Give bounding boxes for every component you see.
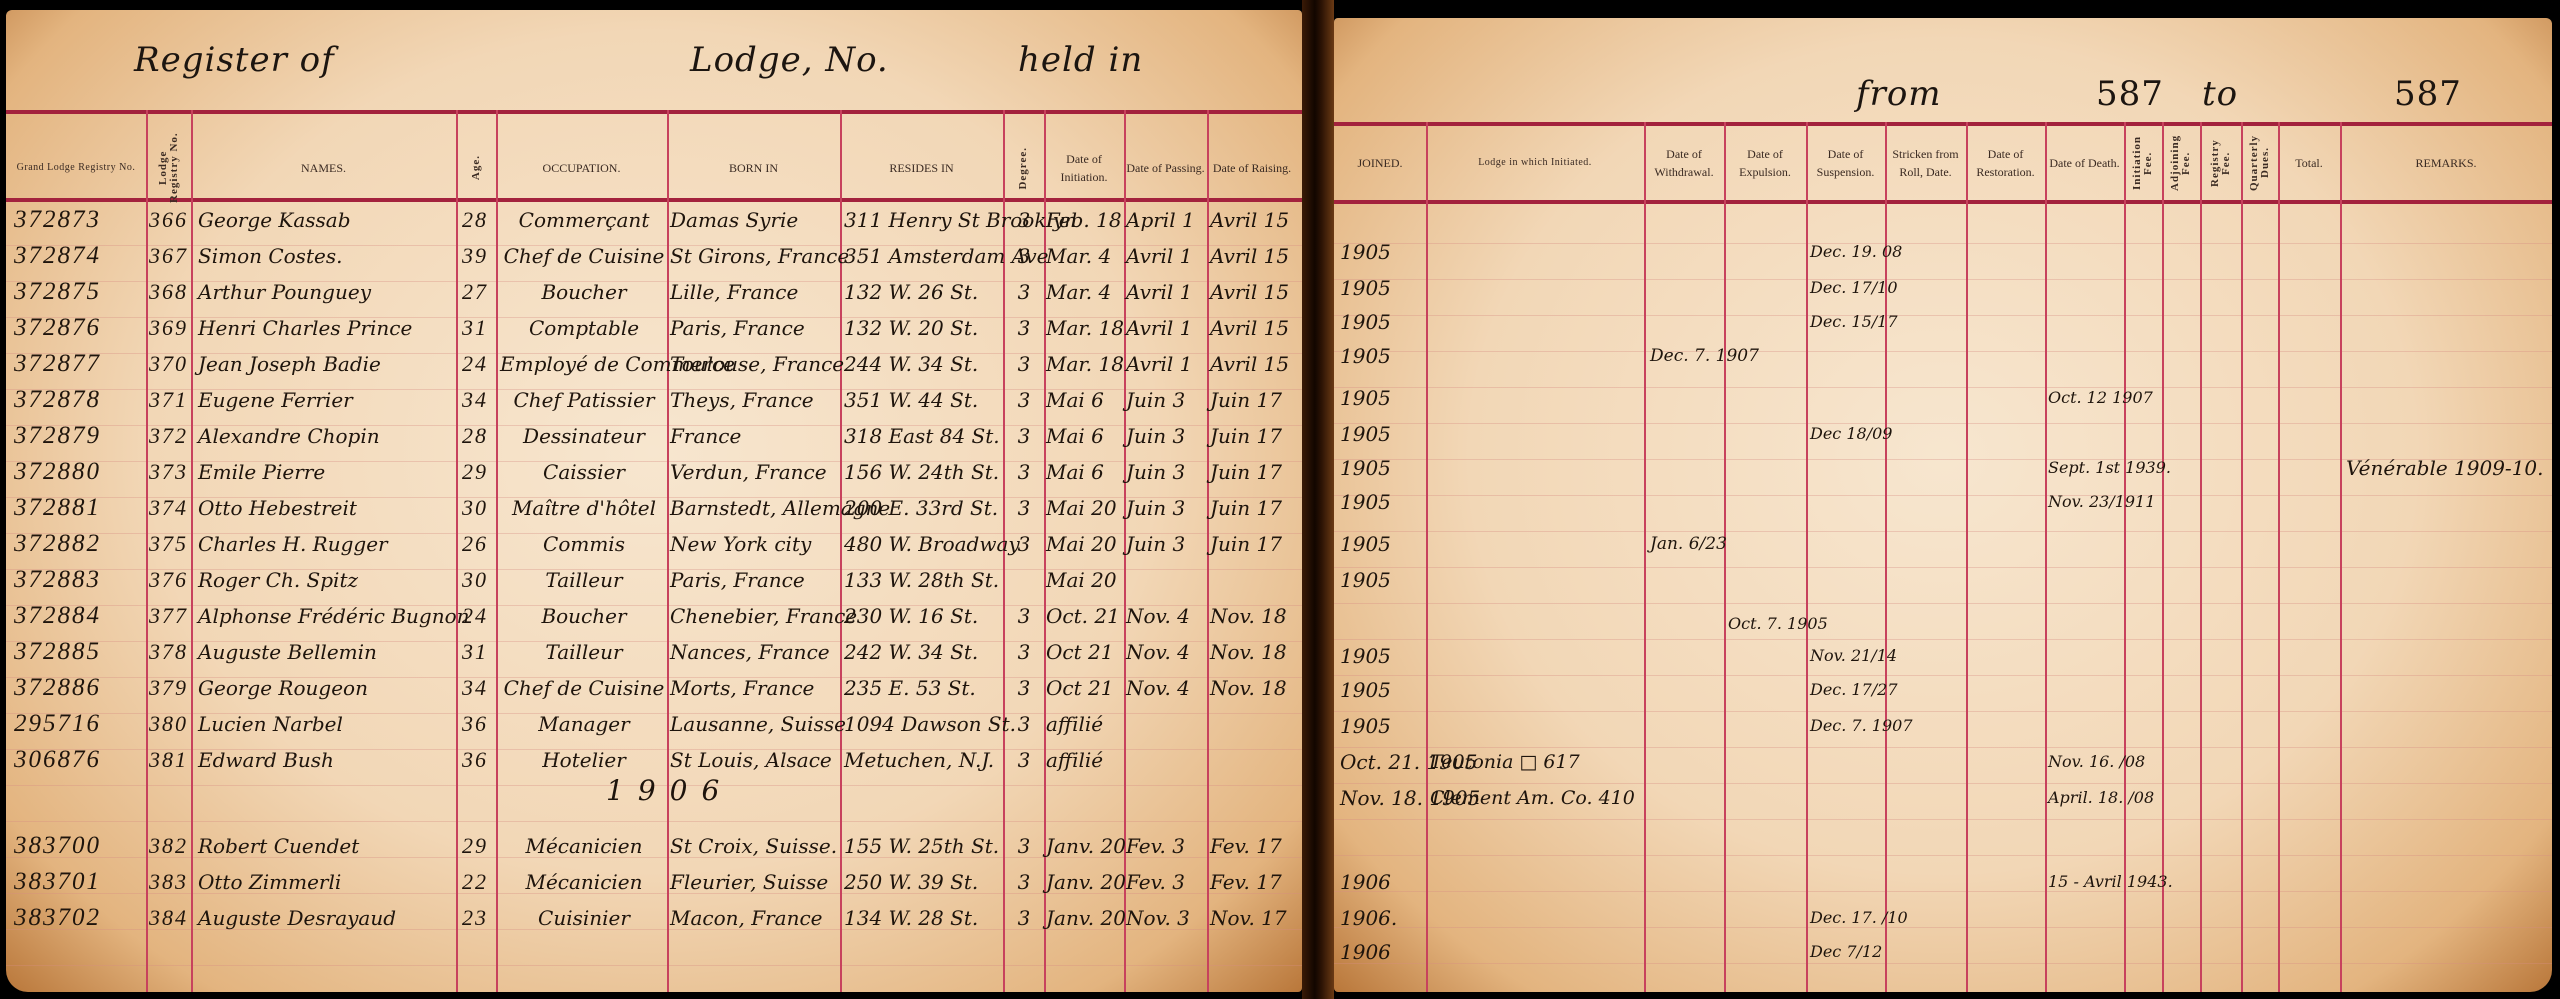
table-row: 1905Sept. 1st 1939.Vénérable 1909-10. bbox=[1334, 450, 2552, 486]
cell-degree: 3 bbox=[1006, 598, 1042, 634]
cell-age: 28 bbox=[462, 418, 496, 454]
cell-raising: Nov. 18 bbox=[1210, 634, 1296, 670]
cell-born-in: France bbox=[670, 418, 842, 454]
cell-age: 30 bbox=[462, 490, 496, 526]
cell-initiation: Janv. 20 bbox=[1046, 864, 1124, 900]
cell-name: Eugene Ferrier bbox=[198, 382, 458, 418]
cell-lodge-initiated: Teutonia □ 617 bbox=[1430, 744, 1650, 780]
cell-degree bbox=[1006, 562, 1042, 598]
cell-lodge-no: 375 bbox=[149, 526, 191, 562]
header-date-raising: Date of Raising. bbox=[1207, 128, 1297, 208]
title-lodge-no: Lodge, No. bbox=[690, 40, 889, 80]
header-registry-fee: Registry Fee. bbox=[2200, 126, 2241, 200]
cell-suspension: Dec. 19. 08 bbox=[1810, 234, 1890, 270]
cell-initiation: Mai 20 bbox=[1046, 526, 1124, 562]
cell-born-in: Nances, France bbox=[670, 634, 842, 670]
cell-resides-in: 156 W. 24th St. bbox=[844, 454, 1004, 490]
cell-passing: Juin 3 bbox=[1126, 454, 1206, 490]
cell-grand-lodge-no: 372881 bbox=[14, 490, 144, 526]
cell-name: Lucien Narbel bbox=[198, 706, 458, 742]
header-initiation-fee: Initiation Fee. bbox=[2124, 126, 2162, 200]
cell-passing: Nov. 4 bbox=[1126, 598, 1206, 634]
cell-name: Simon Costes. bbox=[198, 238, 458, 274]
cell-occupation: Commis bbox=[500, 526, 668, 562]
cell-suspension: Dec. 7. 1907 bbox=[1810, 708, 1890, 744]
cell-passing: Nov. 4 bbox=[1126, 670, 1206, 706]
cell-age: 30 bbox=[462, 562, 496, 598]
cell-initiation: Janv. 20 bbox=[1046, 900, 1124, 936]
cell-passing: Fev. 3 bbox=[1126, 828, 1206, 864]
cell-initiation: Janv. 20 bbox=[1046, 828, 1124, 864]
table-row: 1905Dec. 7. 1907 bbox=[1334, 338, 2552, 374]
cell-age: 36 bbox=[462, 706, 496, 742]
cell-occupation: Boucher bbox=[500, 274, 668, 310]
cell-resides-in: 133 W. 28th St. bbox=[844, 562, 1004, 598]
table-row: 372883376Roger Ch. Spitz30TailleurParis,… bbox=[6, 562, 1302, 598]
header-lodge-initiated: Lodge in which Initiated. bbox=[1426, 126, 1644, 200]
table-row: 372877370Jean Joseph Badie24Employé de C… bbox=[6, 346, 1302, 382]
cell-name: Charles H. Rugger bbox=[198, 526, 458, 562]
cell-degree: 3 bbox=[1006, 706, 1042, 742]
cell-resides-in: 132 W. 20 St. bbox=[844, 310, 1004, 346]
cell-initiation: Mai 6 bbox=[1046, 418, 1124, 454]
cell-initiation: Mar. 18 bbox=[1046, 310, 1124, 346]
table-row: 372881374Otto Hebestreit30Maître d'hôtel… bbox=[6, 490, 1302, 526]
cell-age: 31 bbox=[462, 634, 496, 670]
cell-occupation: Caissier bbox=[500, 454, 668, 490]
cell-name: Emile Pierre bbox=[198, 454, 458, 490]
table-row: 306876381Edward Bush36HotelierSt Louis, … bbox=[6, 742, 1302, 778]
title-from: from bbox=[1856, 74, 1942, 114]
header-withdrawal: Date of Withdrawal. bbox=[1644, 126, 1724, 200]
cell-degree: 3 bbox=[1006, 526, 1042, 562]
cell-joined: 1905 bbox=[1340, 270, 1490, 306]
cell-resides-in: 250 W. 39 St. bbox=[844, 864, 1004, 900]
cell-raising: Avril 15 bbox=[1210, 274, 1296, 310]
header-date-passing: Date of Passing. bbox=[1124, 128, 1207, 208]
cell-lodge-no: 370 bbox=[149, 346, 191, 382]
table-row: 1905Oct. 12 1907 bbox=[1334, 380, 2552, 416]
cell-initiation: Mai 20 bbox=[1046, 490, 1124, 526]
cell-suspension: Dec 7/12 bbox=[1810, 934, 1890, 970]
cell-occupation: Mécanicien bbox=[500, 864, 668, 900]
cell-lodge-no: 376 bbox=[149, 562, 191, 598]
cell-raising: Avril 15 bbox=[1210, 238, 1296, 274]
cell-grand-lodge-no: 372882 bbox=[14, 526, 144, 562]
cell-occupation: Cuisinier bbox=[500, 900, 668, 936]
header-resides-in: RESIDES IN bbox=[840, 128, 1003, 208]
cell-passing: Avril 1 bbox=[1126, 310, 1206, 346]
cell-grand-lodge-no: 372879 bbox=[14, 418, 144, 454]
cell-born-in: Barnstedt, Allemagne bbox=[670, 490, 842, 526]
cell-initiation: Mar. 4 bbox=[1046, 274, 1124, 310]
cell-age: 28 bbox=[462, 202, 496, 238]
cell-remarks: Vénérable 1909-10. bbox=[2346, 450, 2546, 486]
cell-raising: Juin 17 bbox=[1210, 490, 1296, 526]
cell-resides-in: 480 W. Broadway bbox=[844, 526, 1004, 562]
cell-death: Nov. 16. /08 bbox=[2048, 744, 2148, 780]
header-born-in: BORN IN bbox=[667, 128, 840, 208]
header-joined: JOINED. bbox=[1334, 126, 1426, 200]
cell-age: 34 bbox=[462, 382, 496, 418]
cell-occupation: Manager bbox=[500, 706, 668, 742]
header-names: NAMES. bbox=[191, 128, 456, 208]
cell-occupation: Chef Patissier bbox=[500, 382, 668, 418]
cell-initiation: Oct 21 bbox=[1046, 670, 1124, 706]
table-row: 372884377Alphonse Frédéric Bugnon24Bouch… bbox=[6, 598, 1302, 634]
table-row: 1905Dec. 19. 08 bbox=[1334, 234, 2552, 270]
table-row: Oct. 21. 1905Teutonia □ 617Nov. 16. /08 bbox=[1334, 744, 2552, 780]
cell-degree: 3 bbox=[1006, 742, 1042, 778]
cell-born-in: Lille, France bbox=[670, 274, 842, 310]
cell-initiation: affilié bbox=[1046, 706, 1124, 742]
table-row: 383700382Robert Cuendet29MécanicienSt Cr… bbox=[6, 828, 1302, 864]
header-bottom-rule bbox=[1334, 200, 2552, 204]
cell-grand-lodge-no: 372886 bbox=[14, 670, 144, 706]
cell-grand-lodge-no: 295716 bbox=[14, 706, 144, 742]
cell-name: Edward Bush bbox=[198, 742, 458, 778]
header-stricken: Stricken from Roll, Date. bbox=[1885, 126, 1966, 200]
table-row: 1905 bbox=[1334, 562, 2552, 598]
cell-age: 24 bbox=[462, 598, 496, 634]
cell-born-in: Lausanne, Suisse bbox=[670, 706, 842, 742]
cell-joined: 1905 bbox=[1340, 416, 1490, 452]
cell-occupation: Employé de Commerce bbox=[500, 346, 668, 382]
cell-raising: Nov. 18 bbox=[1210, 598, 1296, 634]
header-suspension: Date of Suspension. bbox=[1806, 126, 1885, 200]
cell-withdrawal: Dec. 7. 1907 bbox=[1650, 338, 1730, 374]
cell-born-in: Theys, France bbox=[670, 382, 842, 418]
cell-age: 26 bbox=[462, 526, 496, 562]
cell-lodge-initiated: Clement Am. Co. 410 bbox=[1430, 780, 1650, 816]
cell-grand-lodge-no: 372876 bbox=[14, 310, 144, 346]
cell-resides-in: 311 Henry St Brooklyn bbox=[844, 202, 1004, 238]
cell-passing bbox=[1126, 706, 1206, 742]
cell-lodge-no: 384 bbox=[149, 900, 191, 936]
cell-passing: Nov. 3 bbox=[1126, 900, 1206, 936]
table-row: 372885378Auguste Bellemin31TailleurNance… bbox=[6, 634, 1302, 670]
cell-joined: 1905 bbox=[1340, 450, 1490, 486]
cell-lodge-no: 366 bbox=[149, 202, 191, 238]
cell-grand-lodge-no: 372874 bbox=[14, 238, 144, 274]
cell-degree: 3 bbox=[1006, 382, 1042, 418]
table-row: Oct. 7. 1905 bbox=[1334, 606, 2552, 642]
cell-lodge-no: 381 bbox=[149, 742, 191, 778]
cell-lodge-no: 369 bbox=[149, 310, 191, 346]
title-from-value: 587 bbox=[2096, 74, 2164, 114]
cell-suspension: Dec. 17/27 bbox=[1810, 672, 1890, 708]
cell-name: Alexandre Chopin bbox=[198, 418, 458, 454]
table-row: 372873366George Kassab28CommerçantDamas … bbox=[6, 202, 1302, 238]
cell-age: 31 bbox=[462, 310, 496, 346]
cell-joined: 1906 bbox=[1340, 864, 1490, 900]
cell-initiation: Mai 20 bbox=[1046, 562, 1124, 598]
cell-passing: April 1 bbox=[1126, 202, 1206, 238]
cell-raising: Fev. 17 bbox=[1210, 864, 1296, 900]
table-row: 372878371Eugene Ferrier34Chef PatissierT… bbox=[6, 382, 1302, 418]
cell-name: Henri Charles Prince bbox=[198, 310, 458, 346]
table-row: 372886379George Rougeon34Chef de Cuisine… bbox=[6, 670, 1302, 706]
header-grand-lodge-no: Grand Lodge Registry No. bbox=[6, 128, 146, 208]
cell-age: 22 bbox=[462, 864, 496, 900]
cell-born-in: New York city bbox=[670, 526, 842, 562]
cell-expulsion: Oct. 7. 1905 bbox=[1728, 606, 1810, 642]
cell-grand-lodge-no: 372885 bbox=[14, 634, 144, 670]
cell-lodge-no: 367 bbox=[149, 238, 191, 274]
cell-degree: 3 bbox=[1006, 828, 1042, 864]
header-quarterly-dues: Quarterly Dues. bbox=[2241, 126, 2278, 200]
cell-occupation: Hotelier bbox=[500, 742, 668, 778]
cell-age: 29 bbox=[462, 454, 496, 490]
cell-grand-lodge-no: 383702 bbox=[14, 900, 144, 936]
table-row: 295716380Lucien Narbel36ManagerLausanne,… bbox=[6, 706, 1302, 742]
header-restoration: Date of Restoration. bbox=[1966, 126, 2045, 200]
cell-born-in: Verdun, France bbox=[670, 454, 842, 490]
cell-age: 34 bbox=[462, 670, 496, 706]
header-degree: Degree. bbox=[1003, 128, 1044, 208]
cell-degree: 3 bbox=[1006, 864, 1042, 900]
cell-lodge-no: 377 bbox=[149, 598, 191, 634]
cell-grand-lodge-no: 372875 bbox=[14, 274, 144, 310]
table-row: 383701383Otto Zimmerli22MécanicienFleuri… bbox=[6, 864, 1302, 900]
header-date-initiation: Date of Initiation. bbox=[1044, 128, 1124, 208]
header-remarks: REMARKS. bbox=[2340, 126, 2552, 200]
cell-born-in: Macon, France bbox=[670, 900, 842, 936]
cell-death: Sept. 1st 1939. bbox=[2048, 450, 2148, 486]
cell-raising: Fev. 17 bbox=[1210, 828, 1296, 864]
cell-raising: Juin 17 bbox=[1210, 418, 1296, 454]
table-row: 1906.Dec. 17. /10 bbox=[1334, 900, 2552, 936]
header-adjoining-fee: Adjoining Fee. bbox=[2162, 126, 2200, 200]
cell-name: Roger Ch. Spitz bbox=[198, 562, 458, 598]
cell-suspension: Dec. 17. /10 bbox=[1810, 900, 1890, 936]
table-row: 372876369Henri Charles Prince31Comptable… bbox=[6, 310, 1302, 346]
cell-raising: Nov. 18 bbox=[1210, 670, 1296, 706]
cell-occupation: Comptable bbox=[500, 310, 668, 346]
title-register-of: Register of bbox=[134, 40, 335, 80]
cell-grand-lodge-no: 372880 bbox=[14, 454, 144, 490]
cell-resides-in: 155 W. 25th St. bbox=[844, 828, 1004, 864]
header-total: Total. bbox=[2278, 126, 2340, 200]
table-row: 1905Dec. 7. 1907 bbox=[1334, 708, 2552, 744]
cell-lodge-no: 371 bbox=[149, 382, 191, 418]
header-age: Age. bbox=[456, 128, 496, 208]
cell-resides-in: 351 W. 44 St. bbox=[844, 382, 1004, 418]
cell-born-in: Paris, France bbox=[670, 562, 842, 598]
cell-degree: 3 bbox=[1006, 346, 1042, 382]
table-row: 372880373Emile Pierre29CaissierVerdun, F… bbox=[6, 454, 1302, 490]
cell-degree: 3 bbox=[1006, 310, 1042, 346]
cell-resides-in: 235 E. 53 St. bbox=[844, 670, 1004, 706]
cell-born-in: Toulouse, France bbox=[670, 346, 842, 382]
cell-degree: 3 bbox=[1006, 202, 1042, 238]
cell-lodge-no: 380 bbox=[149, 706, 191, 742]
cell-passing: Juin 3 bbox=[1126, 382, 1206, 418]
table-row: 1905Dec. 17/27 bbox=[1334, 672, 2552, 708]
cell-initiation: Feb. 18 bbox=[1046, 202, 1124, 238]
cell-joined: 1905 bbox=[1340, 526, 1490, 562]
cell-suspension: Dec. 15/17 bbox=[1810, 304, 1890, 340]
table-row: 372879372Alexandre Chopin28DessinateurFr… bbox=[6, 418, 1302, 454]
cell-name: Otto Zimmerli bbox=[198, 864, 458, 900]
cell-name: Auguste Desrayaud bbox=[198, 900, 458, 936]
cell-degree: 3 bbox=[1006, 274, 1042, 310]
cell-joined: 1905 bbox=[1340, 638, 1490, 674]
title-held-in: held in bbox=[1018, 40, 1143, 80]
cell-degree: 3 bbox=[1006, 454, 1042, 490]
cell-occupation: Tailleur bbox=[500, 562, 668, 598]
cell-raising: Juin 17 bbox=[1210, 526, 1296, 562]
cell-death: 15 - Avril 1943. bbox=[2048, 864, 2148, 900]
cell-death: April. 18. /08 bbox=[2048, 780, 2148, 816]
cell-raising: Avril 15 bbox=[1210, 346, 1296, 382]
cell-joined: 1905 bbox=[1340, 380, 1490, 416]
cell-initiation: Oct 21 bbox=[1046, 634, 1124, 670]
cell-joined: 1906 bbox=[1340, 934, 1490, 970]
cell-age: 24 bbox=[462, 346, 496, 382]
cell-name: Otto Hebestreit bbox=[198, 490, 458, 526]
table-row: 1906Dec 7/12 bbox=[1334, 934, 2552, 970]
cell-initiation: Mai 6 bbox=[1046, 454, 1124, 490]
cell-degree: 3 bbox=[1006, 238, 1042, 274]
cell-raising: Nov. 17 bbox=[1210, 900, 1296, 936]
cell-resides-in: 132 W. 26 St. bbox=[844, 274, 1004, 310]
cell-initiation: affilié bbox=[1046, 742, 1124, 778]
cell-initiation: Mar. 4 bbox=[1046, 238, 1124, 274]
header-top-rule bbox=[6, 110, 1302, 114]
cell-passing bbox=[1126, 562, 1206, 598]
cell-born-in: Damas Syrie bbox=[670, 202, 842, 238]
cell-degree: 3 bbox=[1006, 490, 1042, 526]
year-heading: 1906 bbox=[606, 774, 733, 807]
cell-passing: Avril 1 bbox=[1126, 274, 1206, 310]
cell-occupation: Mécanicien bbox=[500, 828, 668, 864]
cell-born-in: Paris, France bbox=[670, 310, 842, 346]
table-row: Nov. 18. 1905Clement Am. Co. 410April. 1… bbox=[1334, 780, 2552, 816]
table-row bbox=[1334, 818, 2552, 854]
cell-death: Nov. 23/1911 bbox=[2048, 484, 2148, 520]
cell-raising: Avril 15 bbox=[1210, 310, 1296, 346]
cell-grand-lodge-no: 383701 bbox=[14, 864, 144, 900]
cell-resides-in: 200 E. 33rd St. bbox=[844, 490, 1004, 526]
cell-age: 23 bbox=[462, 900, 496, 936]
title-to-value: 587 bbox=[2394, 74, 2462, 114]
cell-joined: 1905 bbox=[1340, 672, 1490, 708]
cell-name: Arthur Pounguey bbox=[198, 274, 458, 310]
header-death: Date of Death. bbox=[2045, 126, 2124, 200]
cell-initiation: Mar. 18 bbox=[1046, 346, 1124, 382]
cell-lodge-no: 382 bbox=[149, 828, 191, 864]
cell-raising bbox=[1210, 742, 1296, 778]
cell-age: 27 bbox=[462, 274, 496, 310]
cell-occupation: Chef de Cuisine bbox=[500, 238, 668, 274]
table-row: 1905Nov. 23/1911 bbox=[1334, 484, 2552, 520]
cell-raising: Avril 15 bbox=[1210, 202, 1296, 238]
cell-passing: Juin 3 bbox=[1126, 526, 1206, 562]
cell-passing: Avril 1 bbox=[1126, 238, 1206, 274]
cell-joined: 1905 bbox=[1340, 304, 1490, 340]
cell-resides-in: 242 W. 34 St. bbox=[844, 634, 1004, 670]
table-row: 372874367Simon Costes.39Chef de CuisineS… bbox=[6, 238, 1302, 274]
cell-joined: 1905 bbox=[1340, 234, 1490, 270]
cell-born-in: St Louis, Alsace bbox=[670, 742, 842, 778]
cell-born-in: Morts, France bbox=[670, 670, 842, 706]
cell-passing: Juin 3 bbox=[1126, 490, 1206, 526]
table-row: 1905Nov. 21/14 bbox=[1334, 638, 2552, 674]
title-to: to bbox=[2202, 74, 2238, 114]
cell-age: 36 bbox=[462, 742, 496, 778]
table-row: 1905Dec. 15/17 bbox=[1334, 304, 2552, 340]
table-row: 372882375Charles H. Rugger26CommisNew Yo… bbox=[6, 526, 1302, 562]
cell-joined: 1905 bbox=[1340, 708, 1490, 744]
cell-raising: Juin 17 bbox=[1210, 382, 1296, 418]
cell-joined: 1905 bbox=[1340, 484, 1490, 520]
cell-grand-lodge-no: 372878 bbox=[14, 382, 144, 418]
book-spine bbox=[1302, 0, 1334, 999]
cell-born-in: St Croix, Suisse. bbox=[670, 828, 842, 864]
cell-passing: Juin 3 bbox=[1126, 418, 1206, 454]
cell-born-in: St Girons, France bbox=[670, 238, 842, 274]
cell-lodge-no: 373 bbox=[149, 454, 191, 490]
cell-occupation: Chef de Cuisine bbox=[500, 670, 668, 706]
cell-grand-lodge-no: 372877 bbox=[14, 346, 144, 382]
cell-death: Oct. 12 1907 bbox=[2048, 380, 2148, 416]
cell-born-in: Chenebier, France bbox=[670, 598, 842, 634]
cell-name: George Rougeon bbox=[198, 670, 458, 706]
cell-grand-lodge-no: 383700 bbox=[14, 828, 144, 864]
cell-lodge-no: 374 bbox=[149, 490, 191, 526]
cell-joined: 1905 bbox=[1340, 562, 1490, 598]
table-row: 1905Dec 18/09 bbox=[1334, 416, 2552, 452]
cell-occupation: Boucher bbox=[500, 598, 668, 634]
cell-resides-in: 1094 Dawson St. bbox=[844, 706, 1004, 742]
cell-raising bbox=[1210, 562, 1296, 598]
cell-joined: 1905 bbox=[1340, 338, 1490, 374]
cell-resides-in: 134 W. 28 St. bbox=[844, 900, 1004, 936]
left-ledger-page: Register of Lodge, No. held in Grand Lod… bbox=[6, 10, 1302, 992]
table-row: 190615 - Avril 1943. bbox=[1334, 864, 2552, 900]
cell-resides-in: 244 W. 34 St. bbox=[844, 346, 1004, 382]
cell-lodge-no: 379 bbox=[149, 670, 191, 706]
cell-occupation: Dessinateur bbox=[500, 418, 668, 454]
table-row: 1905Dec. 17/10 bbox=[1334, 270, 2552, 306]
cell-lodge-no: 372 bbox=[149, 418, 191, 454]
header-expulsion: Date of Expulsion. bbox=[1724, 126, 1806, 200]
cell-grand-lodge-no: 372873 bbox=[14, 202, 144, 238]
cell-degree: 3 bbox=[1006, 634, 1042, 670]
header-lodge-registry-no: Lodge Registry No. bbox=[146, 128, 191, 208]
cell-suspension: Nov. 21/14 bbox=[1810, 638, 1890, 674]
cell-lodge-no: 368 bbox=[149, 274, 191, 310]
table-row: 383702384Auguste Desrayaud23CuisinierMac… bbox=[6, 900, 1302, 936]
cell-name: Jean Joseph Badie bbox=[198, 346, 458, 382]
cell-degree: 3 bbox=[1006, 670, 1042, 706]
cell-degree: 3 bbox=[1006, 418, 1042, 454]
cell-joined: 1906. bbox=[1340, 900, 1490, 936]
cell-passing bbox=[1126, 742, 1206, 778]
cell-passing: Fev. 3 bbox=[1126, 864, 1206, 900]
cell-occupation: Maître d'hôtel bbox=[500, 490, 668, 526]
cell-raising: Juin 17 bbox=[1210, 454, 1296, 490]
cell-name: Alphonse Frédéric Bugnon bbox=[198, 598, 458, 634]
cell-grand-lodge-no: 372883 bbox=[14, 562, 144, 598]
cell-raising bbox=[1210, 706, 1296, 742]
cell-born-in: Fleurier, Suisse bbox=[670, 864, 842, 900]
cell-resides-in: 230 W. 16 St. bbox=[844, 598, 1004, 634]
cell-lodge-no: 378 bbox=[149, 634, 191, 670]
cell-withdrawal: Jan. 6/23 bbox=[1650, 526, 1730, 562]
cell-resides-in: 351 Amsterdam Ave bbox=[844, 238, 1004, 274]
